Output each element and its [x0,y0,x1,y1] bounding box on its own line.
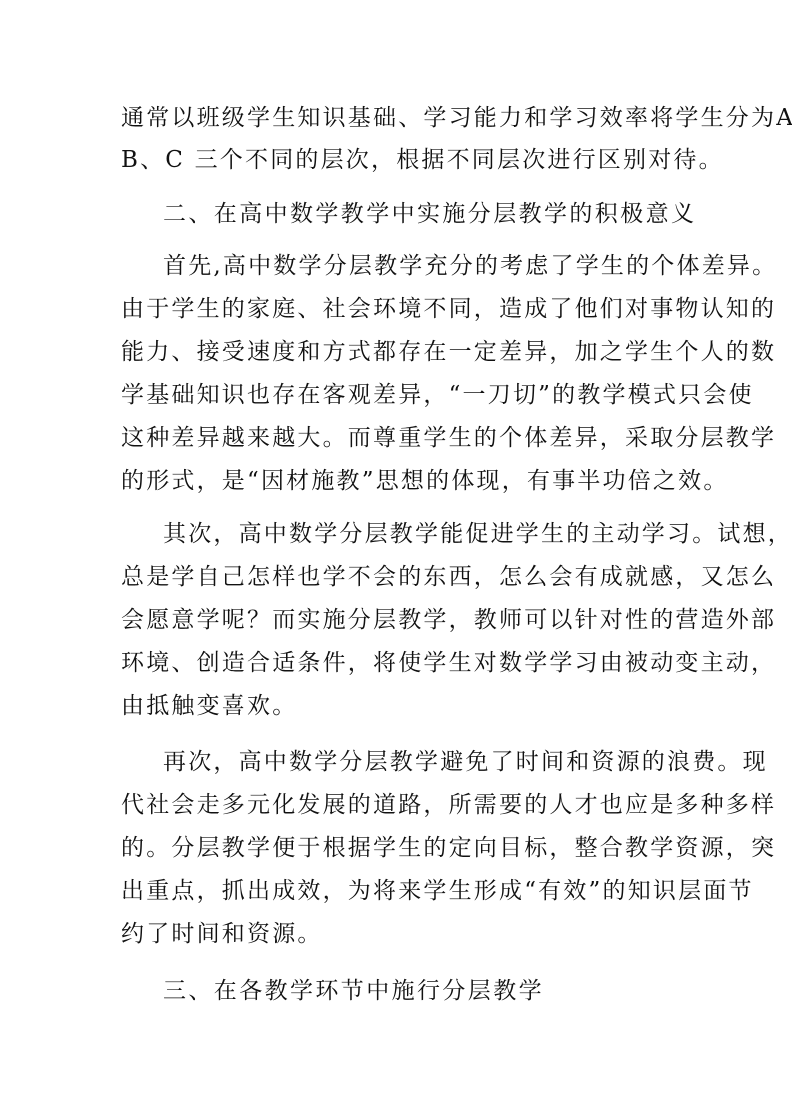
paragraph-line: 约了时间和资源。 [121,920,323,948]
paragraph-line: 学基础知识也存在客观差异，“一刀切”的教学模式只会使 [121,381,754,409]
paragraph-line: 的。分层教学便于根据学生的定向目标，整合教学资源，突 [121,834,776,862]
paragraph-line: 由于学生的家庭、社会环境不同，造成了他们对事物认知的 [121,295,776,323]
paragraph-line: 能力、接受速度和方式都存在一定差异，加之学生个人的数 [121,338,776,366]
paragraph-line: 通常以班级学生知识基础、学习能力和学习效率将学生分为A、 [121,104,792,132]
paragraph-line: 会愿意学呢？而实施分层教学，教师可以针对性的营造外部 [121,606,776,634]
paragraph-line: 总是学自己怎样也学不会的东西，怎么会有成就感，又怎么 [121,563,776,591]
paragraph-line: 代社会走多元化发展的道路，所需要的人才也应是多种多样 [121,791,776,819]
paragraph-line: 出重点，抓出成效，为将来学生形成“有效”的知识层面节 [121,877,754,905]
document-page: 通常以班级学生知识基础、学习能力和学习效率将学生分为A、 B、C 三个不同的层次… [0,0,792,1120]
paragraph-line: 首先,高中数学分层教学充分的考虑了学生的个体差异。 [163,252,777,280]
paragraph-line: 由抵触变喜欢。 [121,692,297,720]
paragraph-line: 环境、创造合适条件，将使学生对数学学习由被动变主动， [121,649,776,677]
paragraph-line: 再次，高中数学分层教学避免了时间和资源的浪费。现 [163,748,768,776]
paragraph-line: 这种差异越来越大。而尊重学生的个体差异，采取分层教学 [121,424,776,452]
section-heading-3: 三、在各教学环节中施行分层教学 [163,977,544,1005]
section-heading-2: 二、在高中数学教学中实施分层教学的积极意义 [163,200,696,228]
paragraph-line: 其次，高中数学分层教学能促进学生的主动学习。试想， [163,520,792,548]
paragraph-line: B、C 三个不同的层次，根据不同层次进行区别对待。 [121,146,724,174]
paragraph-line: 的形式，是“因材施教”思想的体现，有事半功倍之效。 [121,467,729,495]
